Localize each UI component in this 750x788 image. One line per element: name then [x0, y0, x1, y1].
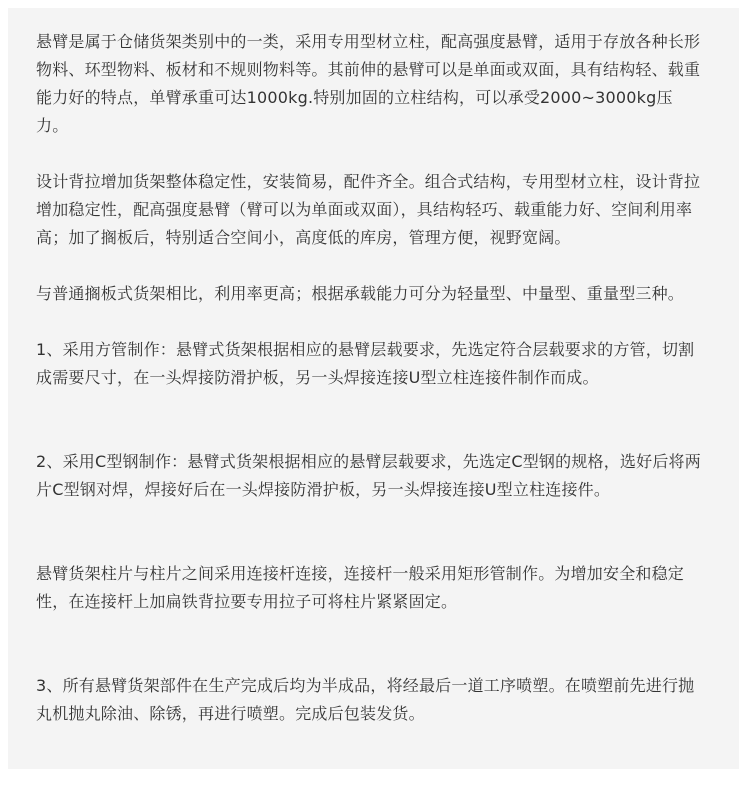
article-body: 悬臂是属于仓储货架类别中的一类，采用专用型材立柱，配高强度悬臂，适用于存放各种长…: [36, 28, 701, 728]
paragraph-method-2: 2、采用C型钢制作：悬臂式货架根据相应的悬臂层载要求，先选定C型钢的规格，选好后…: [36, 448, 701, 504]
spacer: [36, 140, 701, 168]
paragraph-design: 设计背拉增加货架整体稳定性，安装简易，配件齐全。组合式结构，专用型材立柱，设计背…: [36, 168, 701, 252]
paragraph-method-3: 3、所有悬臂货架部件在生产完成后均为半成品，将经最后一道工序喷塑。在喷塑前先进行…: [36, 672, 701, 728]
paragraph-connection: 悬臂货架柱片与柱片之间采用连接杆连接，连接杆一般采用矩形管制作。为增加安全和稳定…: [36, 560, 701, 616]
spacer: [36, 392, 701, 448]
content-panel: 悬臂是属于仓储货架类别中的一类，采用专用型材立柱，配高强度悬臂，适用于存放各种长…: [8, 8, 739, 769]
spacer: [36, 616, 701, 672]
paragraph-intro: 悬臂是属于仓储货架类别中的一类，采用专用型材立柱，配高强度悬臂，适用于存放各种长…: [36, 28, 701, 140]
spacer: [36, 504, 701, 560]
spacer: [36, 308, 701, 336]
spacer: [36, 252, 701, 280]
paragraph-comparison: 与普通搁板式货架相比，利用率更高；根据承载能力可分为轻量型、中量型、重量型三种。: [36, 280, 701, 308]
paragraph-method-1: 1、采用方管制作：悬臂式货架根据相应的悬臂层载要求，先选定符合层载要求的方管，切…: [36, 336, 701, 392]
